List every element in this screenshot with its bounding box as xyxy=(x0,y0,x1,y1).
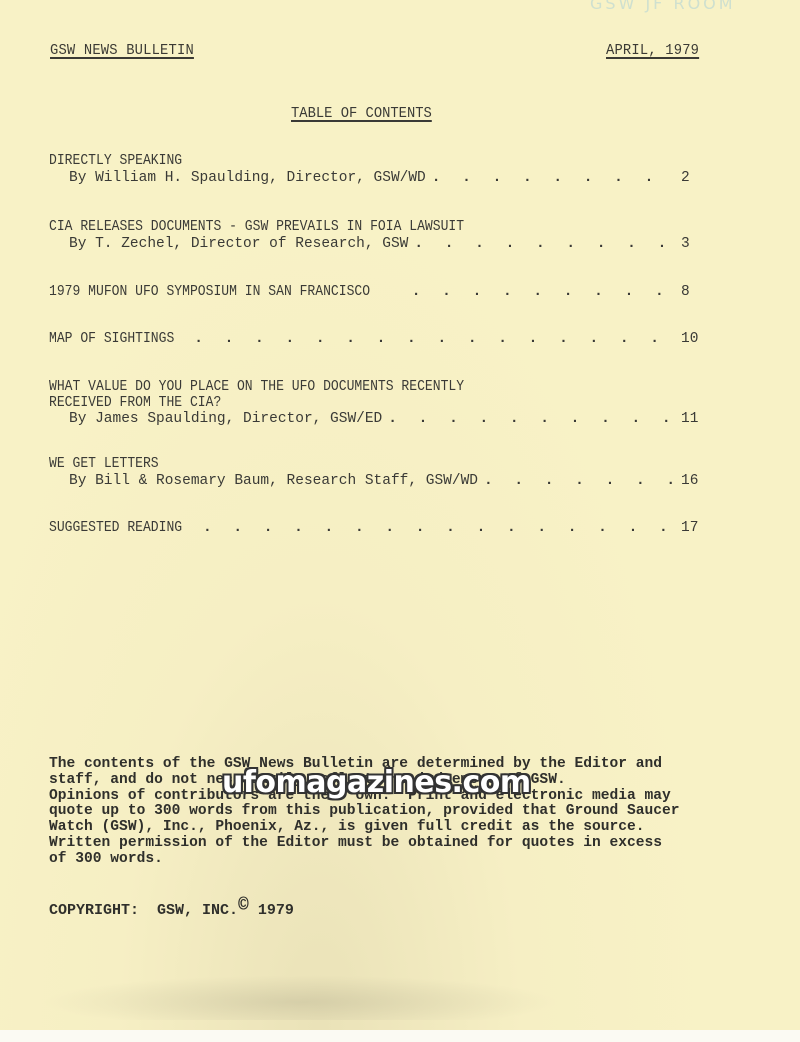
entry-byline-row: By Bill & Rosemary Baum, Research Staff,… xyxy=(49,473,699,490)
entry-row: SUGGESTED READING . . . . . . . . . . . … xyxy=(49,520,699,537)
toc-entry: CIA RELEASES DOCUMENTS - GSW PREVAILS IN… xyxy=(49,219,699,253)
entry-byline-row: By William H. Spaulding, Director, GSW/W… xyxy=(49,170,699,187)
copyright-symbol-icon: © xyxy=(238,896,249,916)
leader-dots: . . . . . . . . . . . . . . . . . . . . … xyxy=(414,236,675,253)
site-watermark: ufomagazines.com xyxy=(222,765,531,800)
entry-byline: By William H. Spaulding, Director, GSW/W… xyxy=(69,170,426,187)
copyright-year: 1979 xyxy=(249,902,294,919)
notice-line: Written permission of the Editor must be… xyxy=(49,836,769,852)
notice-line: of 300 words. xyxy=(49,852,769,868)
toc-entry: MAP OF SIGHTINGS . . . . . . . . . . . .… xyxy=(49,331,699,348)
leader-dots: . . . . . . . . . . . . . . . . . . . . … xyxy=(194,331,675,348)
leader-dots: . . . . . . . . . . . . . . . . . . . . … xyxy=(203,520,675,537)
entry-page: 2 xyxy=(681,170,699,187)
entry-title: WE GET LETTERS xyxy=(49,456,634,473)
notice-line: quote up to 300 words from this publicat… xyxy=(49,804,769,820)
copyright-label: COPYRIGHT: GSW, INC. xyxy=(49,902,238,919)
entry-page: 11 xyxy=(681,411,699,427)
entry-title: DIRECTLY SPEAKING xyxy=(49,153,634,170)
leader-dots: . . . . . . . . . . . . . . . . . . . . … xyxy=(388,411,675,427)
entry-title-line2: RECEIVED FROM THE CIA? xyxy=(49,395,634,411)
entry-title: 1979 MUFON UFO SYMPOSIUM IN SAN FRANCISC… xyxy=(49,284,370,301)
issue-date: APRIL, 1979 xyxy=(606,42,699,59)
entry-page: 10 xyxy=(681,331,699,348)
entry-row: MAP OF SIGHTINGS . . . . . . . . . . . .… xyxy=(49,331,699,348)
entry-byline-row: By T. Zechel, Director of Research, GSW … xyxy=(49,236,699,253)
entry-page: 17 xyxy=(681,520,699,537)
toc-entry: 1979 MUFON UFO SYMPOSIUM IN SAN FRANCISC… xyxy=(49,284,699,301)
leader-dots: . . . . . . . . . . . . . . . . . . . . … xyxy=(412,284,675,301)
faint-stamp: GSW JF ROOM xyxy=(590,0,736,13)
toc-entry: DIRECTLY SPEAKING By William H. Spauldin… xyxy=(49,153,699,187)
notice-line: Watch (GSW), Inc., Phoenix, Az., is give… xyxy=(49,820,769,836)
entry-title: SUGGESTED READING xyxy=(49,520,182,537)
entry-row: 1979 MUFON UFO SYMPOSIUM IN SAN FRANCISC… xyxy=(49,284,699,301)
copyright-line: COPYRIGHT: GSW, INC.© 1979 xyxy=(49,900,294,920)
entry-title: MAP OF SIGHTINGS xyxy=(49,331,174,348)
toc-entry: SUGGESTED READING . . . . . . . . . . . … xyxy=(49,520,699,537)
entry-byline: By James Spaulding, Director, GSW/ED xyxy=(69,411,382,427)
entry-page: 3 xyxy=(681,236,699,253)
entry-page: 8 xyxy=(681,284,699,301)
entry-page: 16 xyxy=(681,473,699,490)
entry-byline: By T. Zechel, Director of Research, GSW xyxy=(69,236,408,253)
leader-dots: . . . . . . . . . . . . . . . . . . . . … xyxy=(432,170,675,187)
entry-byline-row: By James Spaulding, Director, GSW/ED . .… xyxy=(49,411,699,427)
toc-entry: WHAT VALUE DO YOU PLACE ON THE UFO DOCUM… xyxy=(49,379,699,427)
publication-title: GSW NEWS BULLETIN xyxy=(50,42,194,59)
entry-title: CIA RELEASES DOCUMENTS - GSW PREVAILS IN… xyxy=(49,219,634,236)
scan-margin xyxy=(0,1030,800,1042)
leader-dots: . . . . . . . . . . . . . . . . . . . . … xyxy=(484,473,675,490)
entry-title-line1: WHAT VALUE DO YOU PLACE ON THE UFO DOCUM… xyxy=(49,379,634,395)
toc-entry: WE GET LETTERS By Bill & Rosemary Baum, … xyxy=(49,456,699,490)
entry-byline: By Bill & Rosemary Baum, Research Staff,… xyxy=(69,473,478,490)
paper-stain xyxy=(40,975,560,1020)
toc-heading: TABLE OF CONTENTS xyxy=(291,105,432,122)
